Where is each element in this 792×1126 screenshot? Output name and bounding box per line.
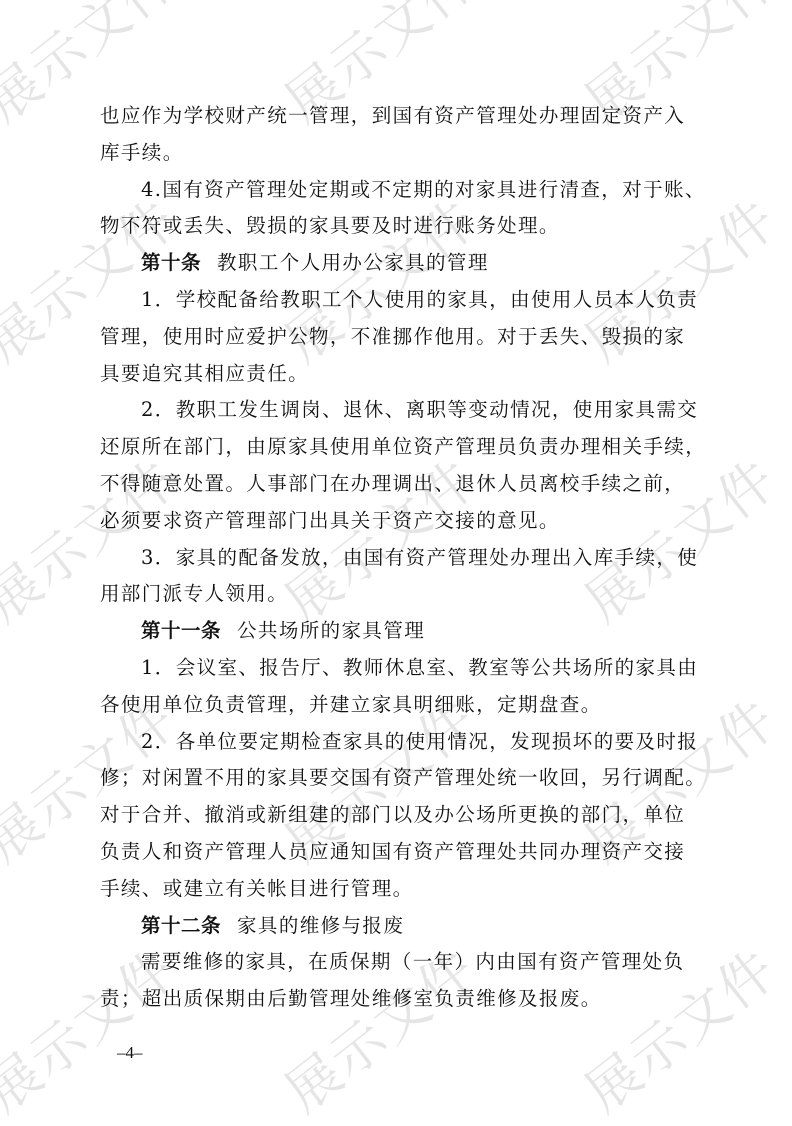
article-title: 家具的维修与报废 bbox=[237, 914, 404, 937]
paragraph-line: 管理，使用时应爱护公物，不准挪作他用。对于丢失、毁损的家 bbox=[100, 319, 712, 356]
paragraph-line: 责；超出质保期由后勤管理处维修室负责维修及报废。 bbox=[100, 981, 712, 1018]
paragraph-line: 手续、或建立有关帐目进行管理。 bbox=[100, 871, 712, 908]
paragraph-line: 需要维修的家具，在质保期（一年）内由国有资产管理处负 bbox=[100, 944, 712, 981]
section-heading-article-11: 第十一条公共场所的家具管理 bbox=[100, 613, 712, 650]
section-heading-article-12: 第十二条家具的维修与报废 bbox=[100, 908, 712, 945]
page-number: –4– bbox=[117, 1043, 143, 1063]
paragraph-line: 对于合并、撤消或新组建的部门以及办公场所更换的部门，单位 bbox=[100, 797, 712, 834]
article-number: 第十二条 bbox=[141, 914, 221, 937]
paragraph-line: 物不符或丢失、毁损的家具要及时进行账务处理。 bbox=[100, 208, 712, 245]
article-title: 公共场所的家具管理 bbox=[237, 619, 425, 642]
paragraph-line: 2．各单位要定期检查家具的使用情况，发现损坏的要及时报 bbox=[100, 724, 712, 761]
paragraph-line: 4.国有资产管理处定期或不定期的对家具进行清查，对于账、 bbox=[100, 172, 712, 209]
paragraph-line: 各使用单位负责管理，并建立家具明细账，定期盘查。 bbox=[100, 687, 712, 724]
paragraph-line: 2．教职工发生调岗、退休、离职等变动情况，使用家具需交 bbox=[100, 392, 712, 429]
document-body: 也应作为学校财产统一管理，到国有资产管理处办理固定资产入 库手续。 4.国有资产… bbox=[100, 98, 712, 1018]
paragraph-line: 负责人和资产管理人员应通知国有资产管理处共同办理资产交接 bbox=[100, 834, 712, 871]
paragraph-line: 1．会议室、报告厅、教师休息室、教室等公共场所的家具由 bbox=[100, 650, 712, 687]
paragraph-line: 还原所在部门，由原家具使用单位资产管理员负责办理相关手续， bbox=[100, 429, 712, 466]
article-number: 第十条 bbox=[141, 251, 201, 274]
paragraph-line: 库手续。 bbox=[100, 135, 712, 172]
paragraph-line: 具要追究其相应责任。 bbox=[100, 356, 712, 393]
article-title: 教职工个人用办公家具的管理 bbox=[217, 251, 489, 274]
paragraph-line: 也应作为学校财产统一管理，到国有资产管理处办理固定资产入 bbox=[100, 98, 712, 135]
section-heading-article-10: 第十条教职工个人用办公家具的管理 bbox=[100, 245, 712, 282]
article-number: 第十一条 bbox=[141, 619, 221, 642]
paragraph-line: 用部门派专人领用。 bbox=[100, 576, 712, 613]
document-page: 也应作为学校财产统一管理，到国有资产管理处办理固定资产入 库手续。 4.国有资产… bbox=[0, 0, 792, 1126]
paragraph-line: 3．家具的配备发放，由国有资产管理处办理出入库手续，使 bbox=[100, 540, 712, 577]
paragraph-line: 修；对闲置不用的家具要交国有资产管理处统一收回，另行调配。 bbox=[100, 760, 712, 797]
paragraph-line: 不得随意处置。人事部门在办理调出、退休人员离校手续之前， bbox=[100, 466, 712, 503]
paragraph-line: 必须要求资产管理部门出具关于资产交接的意见。 bbox=[100, 503, 712, 540]
paragraph-line: 1．学校配备给教职工个人使用的家具，由使用人员本人负责 bbox=[100, 282, 712, 319]
